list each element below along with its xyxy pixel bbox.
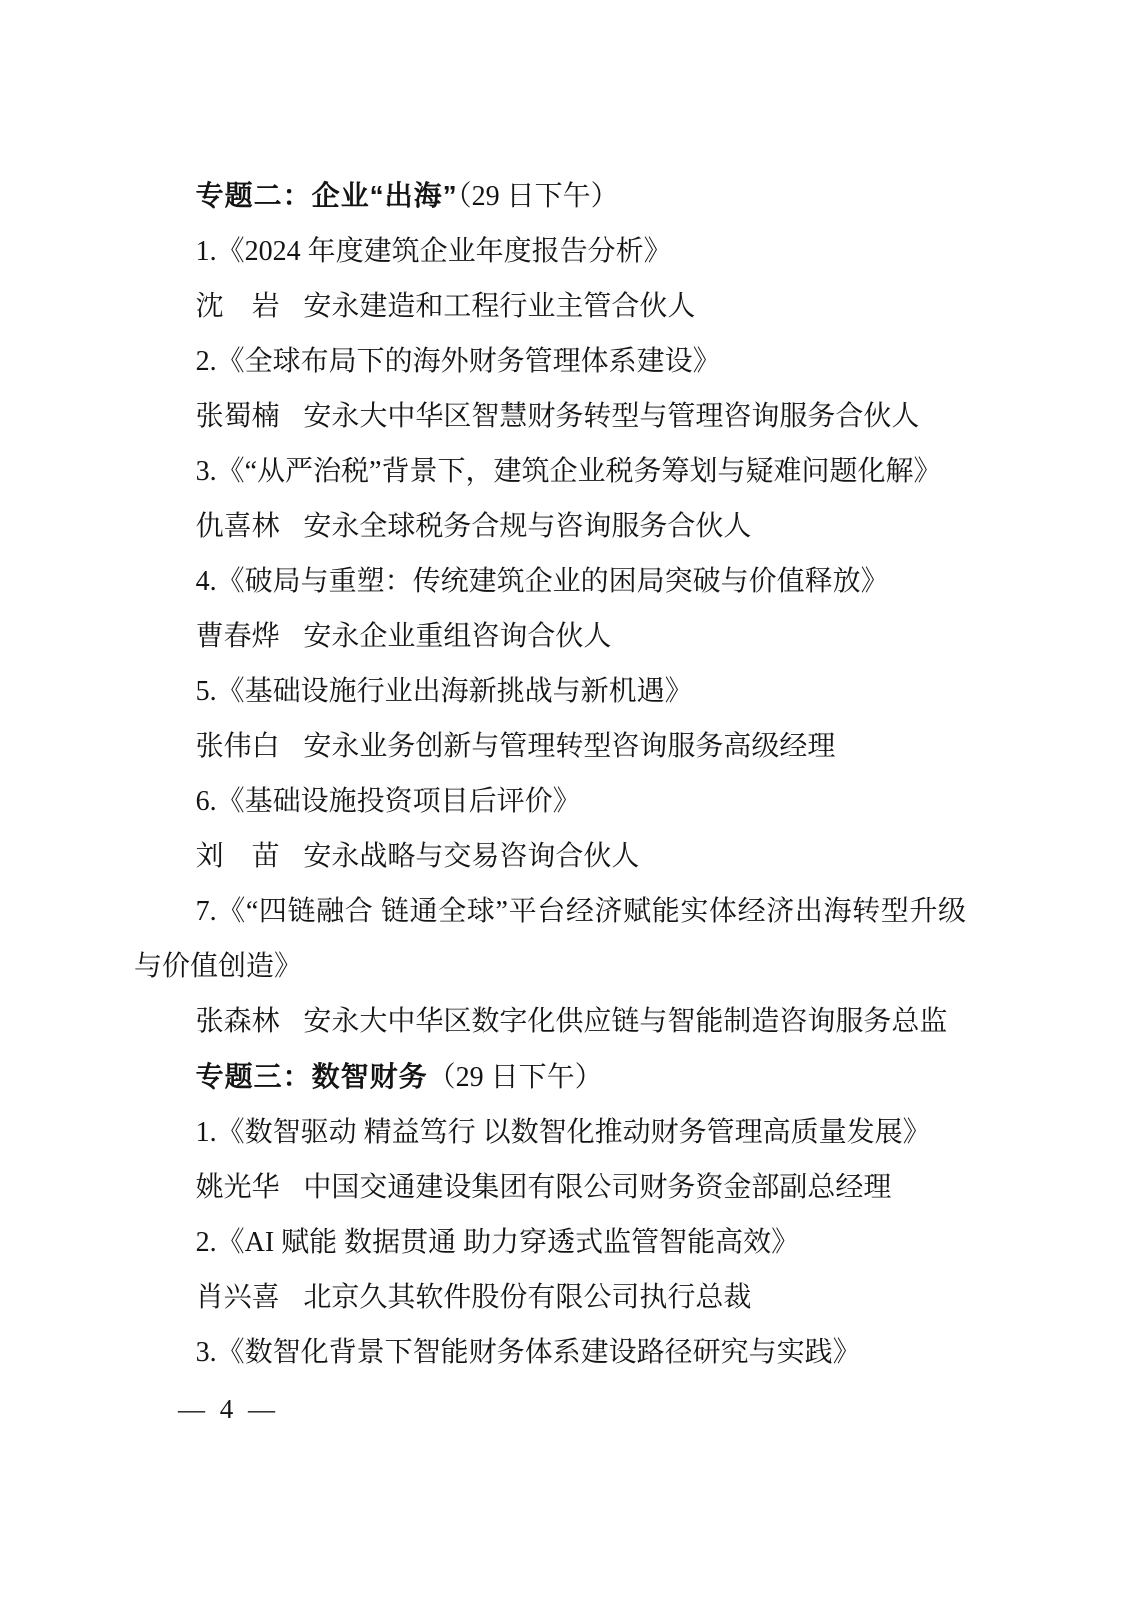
speaker-name: 肖兴喜	[196, 1282, 280, 1313]
section-3-heading: 专题三：数智财务（29 日下午）	[134, 1049, 966, 1105]
agenda-item-speaker: 张森林安永大中华区数字化供应链与智能制造咨询服务总监	[134, 994, 966, 1049]
page-footer: — 4 —	[0, 1388, 1131, 1430]
agenda-item-title: 5.《基础设施行业出海新挑战与新机遇》	[134, 664, 966, 719]
page-number: — 4 —	[178, 1394, 275, 1424]
speaker-name: 刘 苗	[196, 841, 280, 872]
agenda-item-speaker: 仇喜林安永全球税务合规与咨询服务合伙人	[134, 499, 966, 554]
agenda-item-title: 3.《数智化背景下智能财务体系建设路径研究与实践》	[134, 1325, 966, 1380]
agenda-item-speaker: 沈 岩安永建造和工程行业主管合伙人	[134, 279, 966, 334]
speaker-role: 安永建造和工程行业主管合伙人	[303, 291, 695, 322]
agenda-item-title: 2.《全球布局下的海外财务管理体系建设》	[134, 334, 966, 389]
speaker-name: 张伟白	[196, 731, 280, 762]
speaker-role: 安永企业重组咨询合伙人	[303, 621, 611, 652]
agenda-item-speaker: 曹春烨安永企业重组咨询合伙人	[134, 609, 966, 664]
speaker-name: 沈 岩	[196, 291, 280, 322]
agenda-item-title: 1.《数智驱动 精益笃行 以数智化推动财务管理高质量发展》	[134, 1105, 966, 1160]
speaker-role: 安永业务创新与管理转型咨询服务高级经理	[303, 731, 835, 762]
speaker-role: 安永全球税务合规与咨询服务合伙人	[303, 511, 751, 542]
speaker-name: 曹春烨	[196, 621, 280, 652]
speaker-name: 仇喜林	[196, 511, 280, 542]
speaker-role: 安永战略与交易咨询合伙人	[303, 841, 639, 872]
agenda-item-title: 6.《基础设施投资项目后评价》	[134, 774, 966, 829]
section-topic-2: 专题二：企业“出海”（29 日下午） 1.《2024 年度建筑企业年度报告分析》…	[134, 168, 966, 1049]
speaker-role: 安永大中华区数字化供应链与智能制造咨询服务总监	[303, 1006, 947, 1037]
section-2-heading: 专题二：企业“出海”（29 日下午）	[134, 168, 966, 224]
section-3-heading-title: 专题三：数智财务	[196, 1061, 428, 1092]
agenda-item-title: 1.《2024 年度建筑企业年度报告分析》	[134, 224, 966, 279]
document-body: 专题二：企业“出海”（29 日下午） 1.《2024 年度建筑企业年度报告分析》…	[0, 0, 1131, 1380]
section-2-heading-title: 专题二：企业“出海”	[196, 180, 458, 211]
speaker-role: 北京久其软件股份有限公司执行总裁	[303, 1282, 751, 1313]
agenda-item-title: 4.《破局与重塑：传统建筑企业的困局突破与价值释放》	[134, 554, 966, 609]
agenda-item-title: 2.《AI 赋能 数据贯通 助力穿透式监管智能高效》	[134, 1215, 966, 1270]
agenda-item-speaker: 肖兴喜北京久其软件股份有限公司执行总裁	[134, 1270, 966, 1325]
agenda-item-speaker: 张蜀楠安永大中华区智慧财务转型与管理咨询服务合伙人	[134, 389, 966, 444]
section-3-heading-time: （29 日下午）	[428, 1062, 603, 1093]
section-topic-3: 专题三：数智财务（29 日下午） 1.《数智驱动 精益笃行 以数智化推动财务管理…	[134, 1049, 966, 1380]
agenda-item-title: 7.《“四链融合 链通全球”平台经济赋能实体经济出海转型升级与价值创造》	[134, 884, 966, 994]
agenda-item-speaker: 张伟白安永业务创新与管理转型咨询服务高级经理	[134, 719, 966, 774]
agenda-item-title: 3.《“从严治税”背景下，建筑企业税务筹划与疑难问题化解》	[134, 444, 966, 499]
speaker-role: 安永大中华区智慧财务转型与管理咨询服务合伙人	[303, 401, 919, 432]
speaker-name: 张森林	[196, 1006, 280, 1037]
speaker-name: 姚光华	[196, 1172, 280, 1203]
speaker-name: 张蜀楠	[196, 401, 280, 432]
agenda-item-speaker: 刘 苗安永战略与交易咨询合伙人	[134, 829, 966, 884]
document-page: 专题二：企业“出海”（29 日下午） 1.《2024 年度建筑企业年度报告分析》…	[0, 0, 1131, 1600]
agenda-item-speaker: 姚光华中国交通建设集团有限公司财务资金部副总经理	[134, 1160, 966, 1215]
speaker-role: 中国交通建设集团有限公司财务资金部副总经理	[303, 1172, 891, 1203]
section-2-heading-time: （29 日下午）	[458, 181, 619, 212]
